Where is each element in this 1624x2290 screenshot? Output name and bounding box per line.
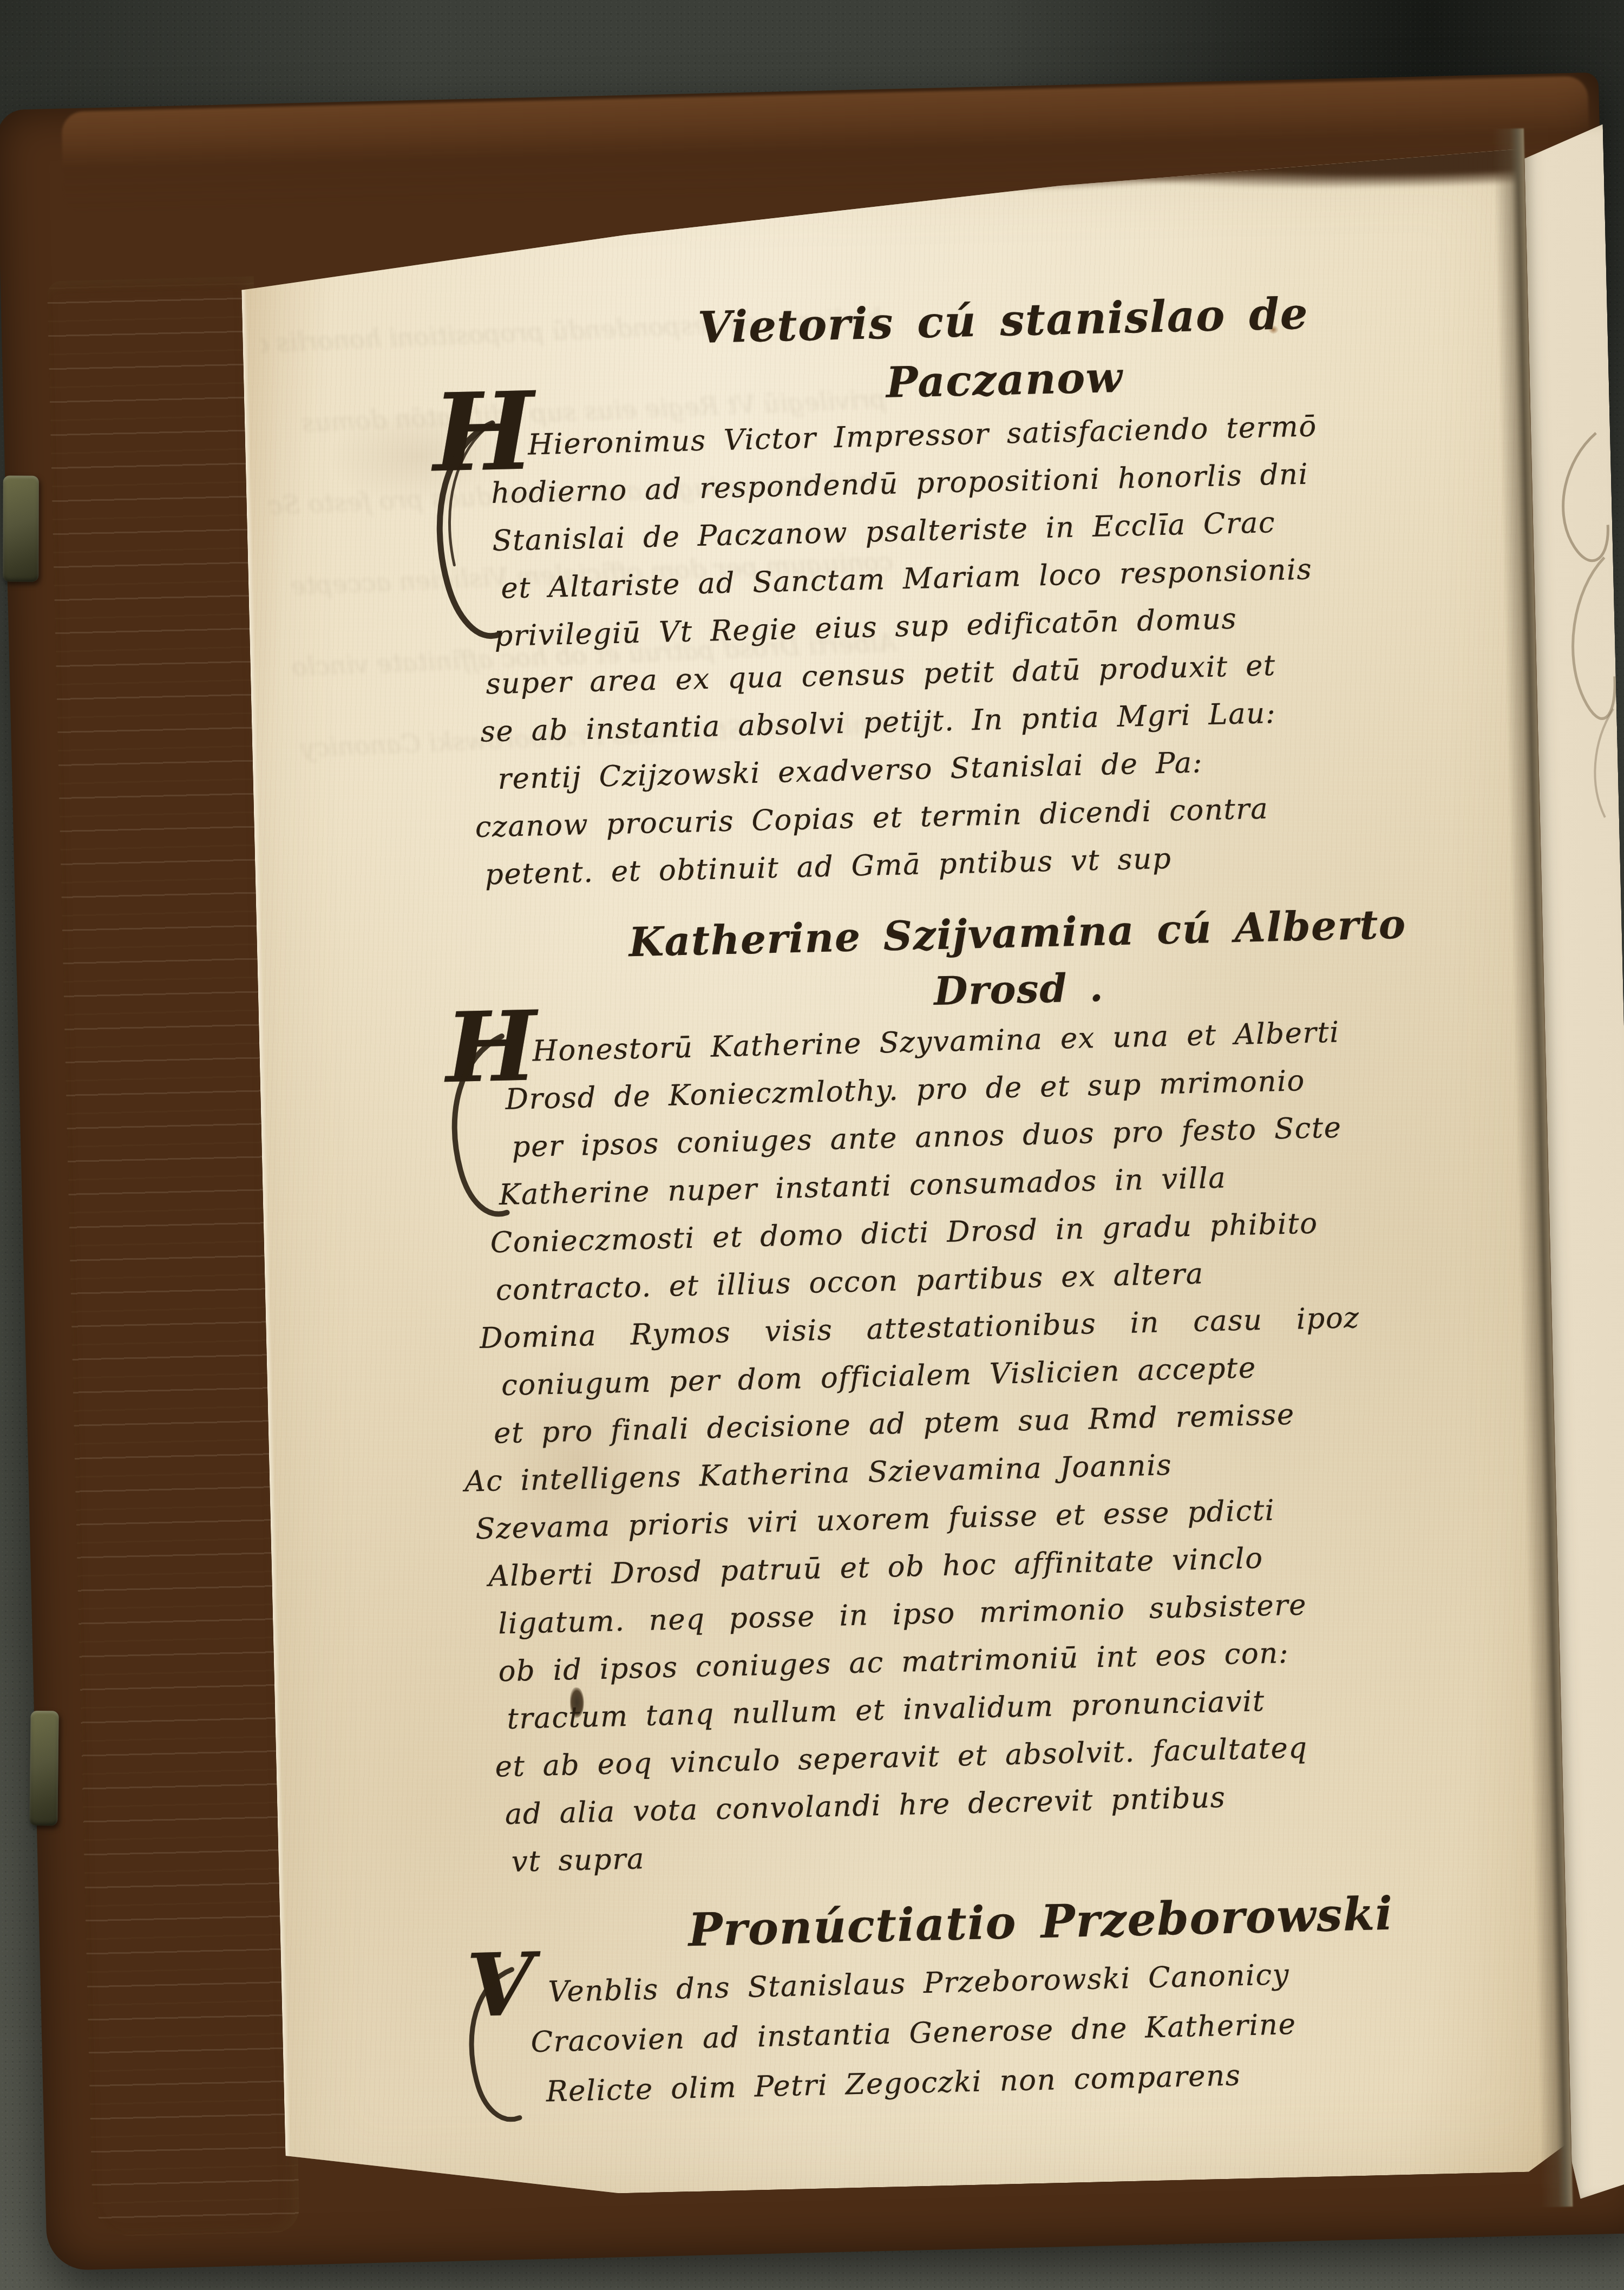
initial-letter: V xyxy=(466,1952,535,2018)
entry-pronucciatio: Pronúctiatio Przeborowski V Venblis dns … xyxy=(524,1875,1561,2117)
clasp-remnant-top xyxy=(3,475,39,581)
manuscript-page: hodierno ad respondendū propositioni hon… xyxy=(239,149,1567,2201)
facing-page-ink-blot xyxy=(1588,1248,1614,1267)
entry-katherine: Katherine Szijvamina cú Alberto Drosd . … xyxy=(501,893,1556,1886)
text-line-content: Venblis dns Stanislaus Przeborowski Cano… xyxy=(548,1958,1290,2008)
entry-victoris: Vietoris cú stanislao de Paczanow H Hier… xyxy=(487,278,1532,899)
clasp-remnant-bottom xyxy=(29,1711,58,1826)
handwritten-text: Vietoris cú stanislao de Paczanow H Hier… xyxy=(487,278,1561,2117)
facing-page-ink-loops xyxy=(1531,427,1620,840)
book: hodierno ad respondendū propositioni hon… xyxy=(0,73,1624,2271)
initial-flourish: V xyxy=(466,1952,535,2018)
manuscript-photo: { "document_type": "bound manuscript reg… xyxy=(0,0,1624,2290)
